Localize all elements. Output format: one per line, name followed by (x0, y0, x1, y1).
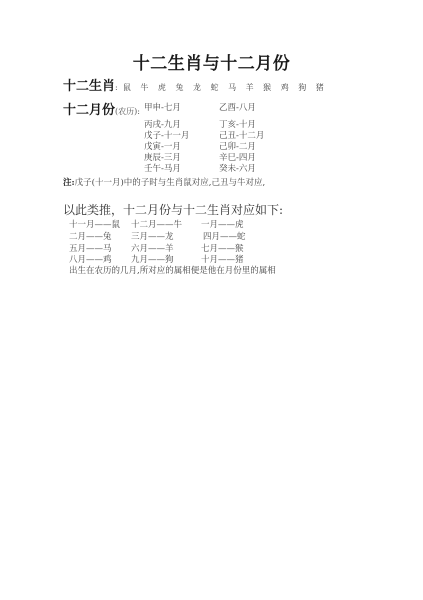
note-label: 注: (63, 178, 75, 188)
zodiac-label: 十二生肖 (63, 79, 115, 94)
calendar-left-6: 壬午-马月 (144, 162, 181, 174)
months-heading: 十二月份(农历): (63, 99, 140, 118)
mapping-cell: 十二月——牛 (131, 218, 182, 230)
calendar-right-6: 癸未-六月 (219, 162, 256, 174)
mapping-cell: 二月——兔 (69, 230, 112, 242)
months-label: 十二月份 (63, 103, 115, 118)
calendar-left-1: 甲申-七月 (144, 101, 181, 113)
note-text: 戊子(十一月)中的子时与生肖鼠对应,己丑与牛对应, (75, 178, 266, 188)
zodiac-line: 十二生肖: 鼠 牛 虎 兔 龙 蛇 马 羊 猴 鸡 狗 猪 (63, 75, 327, 94)
months-sublabel: (农历) (115, 107, 137, 116)
page-title: 十二生肖与十二月份 (0, 49, 423, 74)
mapping-cell: 一月——虎 (201, 218, 244, 230)
document-page: 十二生肖与十二月份 十二生肖: 鼠 牛 虎 兔 龙 蛇 马 羊 猴 鸡 狗 猪 … (0, 0, 423, 600)
note-line: 注:戊子(十一月)中的子时与生肖鼠对应,己丑与牛对应, (63, 176, 265, 188)
mapping-cell: 三月——龙 (131, 230, 174, 242)
inference-heading: 以此类推，十二月份与十二生肖对应如下: (63, 201, 283, 218)
mapping-cell: 十一月——鼠 (69, 218, 120, 230)
mapping-cell: 四月——蛇 (203, 230, 246, 242)
zodiac-separator: : (115, 83, 118, 92)
footer-explanation: 出生在农历的几月,所对应的属相便是他在月份里的属相 (69, 264, 276, 276)
zodiac-animals: 鼠 牛 虎 兔 龙 蛇 马 羊 猴 鸡 狗 猪 (123, 83, 327, 92)
months-separator: : (137, 107, 140, 116)
calendar-right-1: 乙酉-八月 (219, 101, 256, 113)
